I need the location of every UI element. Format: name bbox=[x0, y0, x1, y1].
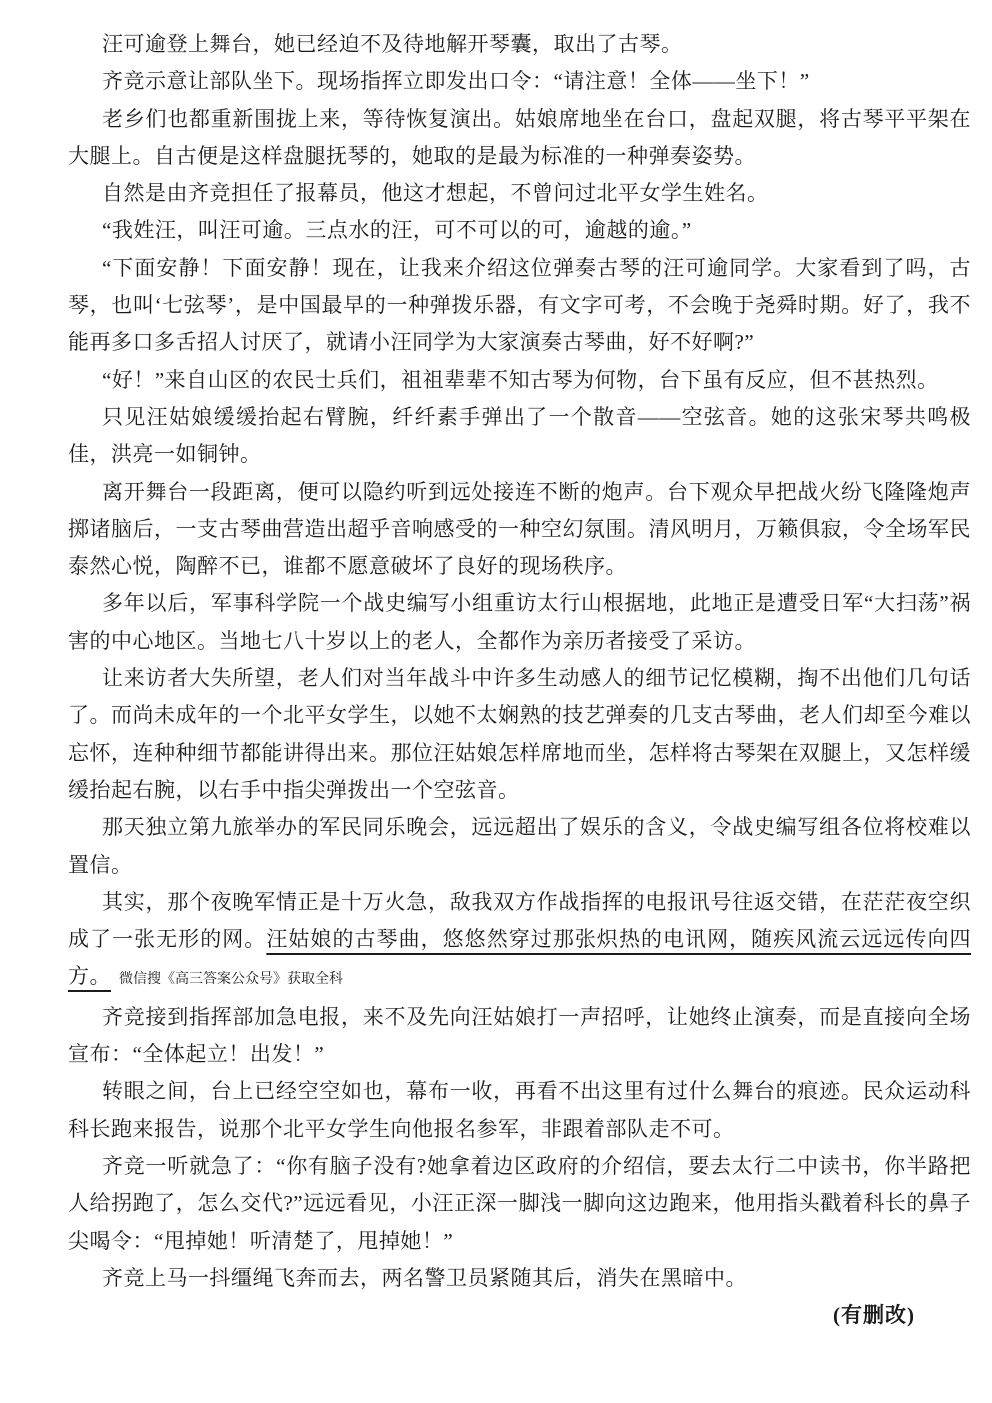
paragraph-13: 其实，那个夜晚军情正是十万火急，敌我双方作战指挥的电报讯号往返交错，在茫茫夜空织… bbox=[68, 884, 971, 999]
paragraph-14: 齐竞接到指挥部加急电报，来不及先向汪姑娘打一声招呼，让她终止演奏，而是直接向全场… bbox=[68, 999, 971, 1074]
paragraph-4: 自然是由齐竞担任了报幕员，他这才想起，不曾问过北平女学生姓名。 bbox=[68, 175, 971, 212]
paragraph-6: “下面安静！下面安静！现在，让我来介绍这位弹奏古琴的汪可逾同学。大家看到了吗，古… bbox=[68, 250, 971, 362]
paragraph-12: 那天独立第九旅举办的军民同乐晚会，远远超出了娱乐的含义，令战史编写组各位将校难以… bbox=[68, 809, 971, 884]
paragraph-10: 多年以后，军事科学院一个战史编写小组重访太行山根据地，此地正是遭受日军“大扫荡”… bbox=[68, 585, 971, 660]
paragraph-9: 离开舞台一段距离，便可以隐约听到远处接连不断的炮声。台下观众早把战火纷飞隆隆炮声… bbox=[68, 474, 971, 586]
attribution-note: (有删改) bbox=[68, 1297, 971, 1334]
paragraph-16: 齐竞一听就急了：“你有脑子没有?她拿着边区政府的介绍信，要去太行二中读书，你半路… bbox=[68, 1148, 971, 1260]
watermark-note: 微信搜《高三答案公众号》获取全科 bbox=[119, 972, 343, 987]
paragraph-11: 让来访者大失所望，老人们对当年战斗中许多生动感人的细节记忆模糊，掏不出他们几句话… bbox=[68, 660, 971, 809]
document-page: 汪可逾登上舞台，她已经迫不及待地解开琴囊，取出了古琴。 齐竞示意让部队坐下。现场… bbox=[0, 0, 992, 1403]
paragraph-1: 汪可逾登上舞台，她已经迫不及待地解开琴囊，取出了古琴。 bbox=[68, 26, 971, 63]
paragraph-2: 齐竞示意让部队坐下。现场指挥立即发出口令：“请注意！全体——坐下！” bbox=[68, 63, 971, 100]
paragraph-8: 只见汪姑娘缓缓抬起右臂腕，纤纤素手弹出了一个散音——空弦音。她的这张宋琴共鸣极佳… bbox=[68, 399, 971, 474]
paragraph-17: 齐竞上马一抖缰绳飞奔而去，两名警卫员紧随其后，消失在黑暗中。 bbox=[68, 1260, 971, 1297]
paragraph-3: 老乡们也都重新围拢上来，等待恢复演出。姑娘席地坐在台口，盘起双腿，将古琴平平架在… bbox=[68, 101, 971, 176]
paragraph-7: “好！”来自山区的农民士兵们，祖祖辈辈不知古琴为何物，台下虽有反应，但不甚热烈。 bbox=[68, 362, 971, 399]
paragraph-15: 转眼之间，台上已经空空如也，幕布一收，再看不出这里有过什么舞台的痕迹。民众运动科… bbox=[68, 1073, 971, 1148]
paragraph-5: “我姓汪，叫汪可逾。三点水的汪，可不可以的可，逾越的逾。” bbox=[68, 212, 971, 249]
